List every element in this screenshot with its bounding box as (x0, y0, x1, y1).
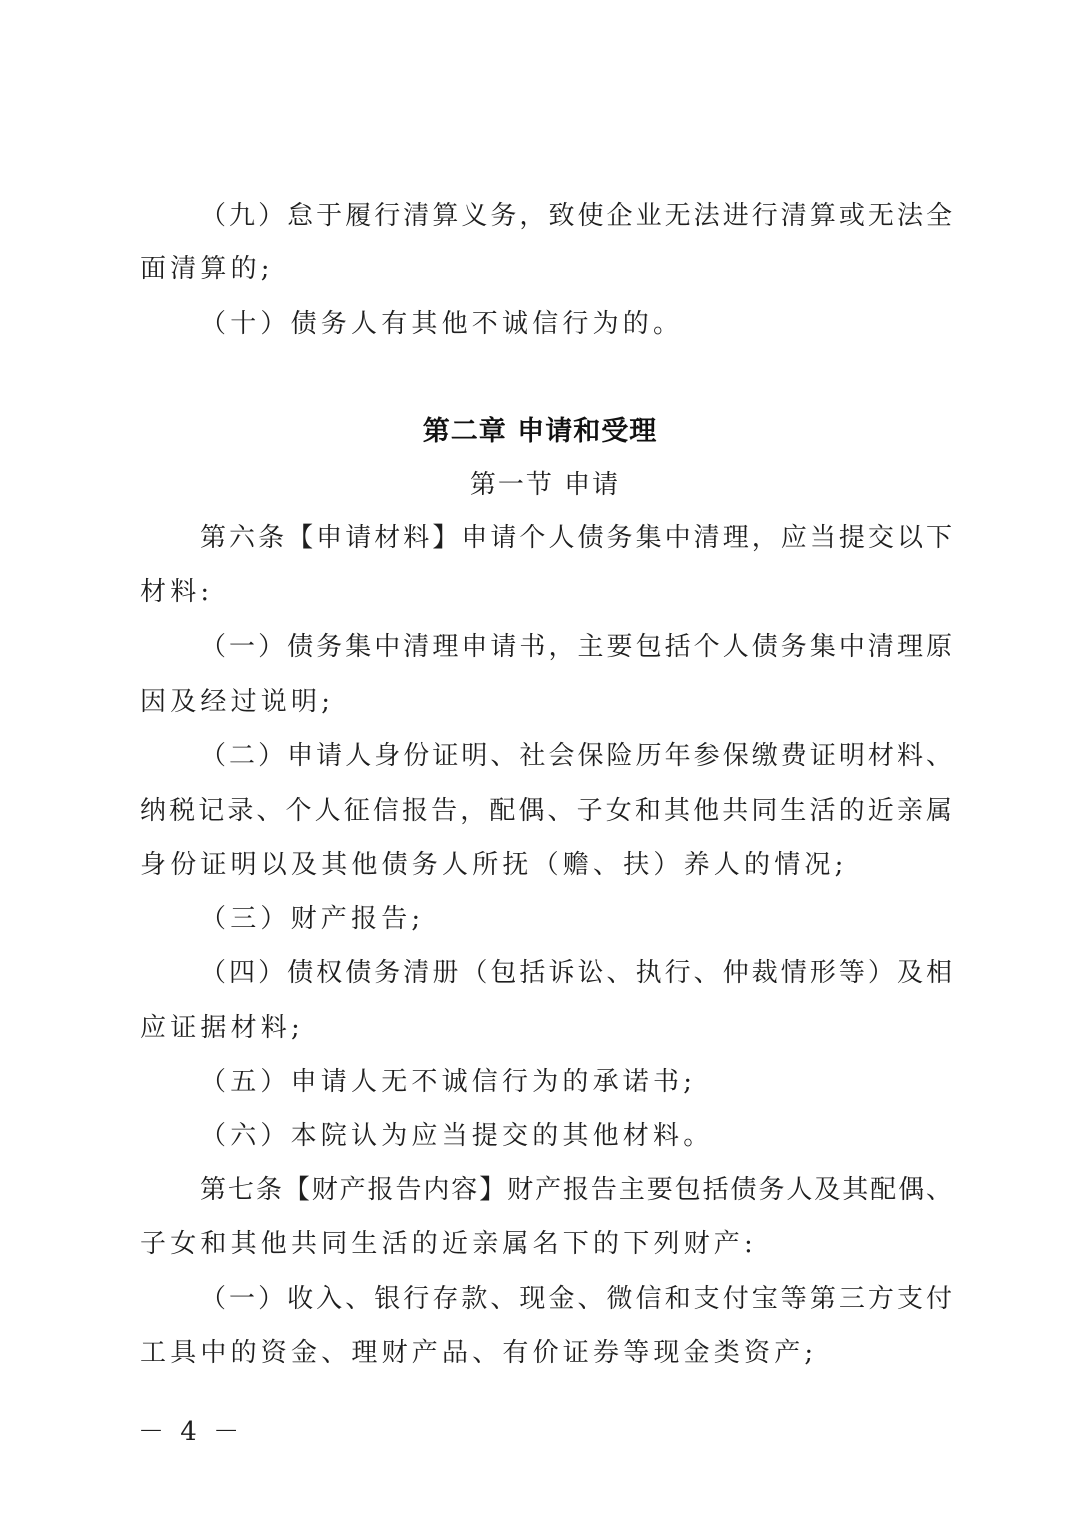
article-6-item-3: （三）财产报告; (200, 899, 952, 939)
paragraph-item-9-line-2: 面清算的; (140, 249, 952, 289)
article-6-item-2-line-2: 纳税记录、个人征信报告，配偶、子女和其他共同生活的近亲属 (140, 791, 952, 831)
article-6-line-1: 第六条【申请材料】申请个人债务集中清理，应当提交以下 (200, 518, 952, 558)
page-number: － 4 － (138, 1414, 243, 1450)
article-6-item-4-line-1: （四）债权债务清册（包括诉讼、执行、仲裁情形等）及相 (200, 953, 952, 993)
article-7-line-1: 第七条【财产报告内容】财产报告主要包括债务人及其配偶、 (200, 1170, 952, 1210)
article-6-item-1-line-1: （一）债务集中清理申请书，主要包括个人债务集中清理原 (200, 627, 952, 667)
article-6-item-1-line-2: 因及经过说明; (140, 682, 952, 722)
article-6-item-4-line-2: 应证据材料; (140, 1008, 952, 1048)
article-7-item-1-line-1: （一）收入、银行存款、现金、微信和支付宝等第三方支付 (200, 1279, 952, 1319)
article-6-item-5: （五）申请人无不诚信行为的承诺书; (200, 1062, 952, 1102)
article-7-line-2: 子女和其他共同生活的近亲属名下的下列财产: (140, 1224, 952, 1264)
article-6-item-6: （六）本院认为应当提交的其他材料。 (200, 1116, 952, 1156)
section-title: 第一节 申请 (0, 463, 1080, 507)
paragraph-item-9-line-1: （九）怠于履行清算义务，致使企业无法进行清算或无法全 (200, 196, 952, 236)
paragraph-item-10: （十）债务人有其他不诚信行为的。 (200, 304, 952, 344)
article-6-item-2-line-1: （二）申请人身份证明、社会保险历年参保缴费证明材料、 (200, 736, 952, 776)
document-page: （九）怠于履行清算义务，致使企业无法进行清算或无法全 面清算的; （十）债务人有… (0, 0, 1080, 1527)
article-6-line-2: 材料: (140, 572, 952, 612)
article-6-item-2-line-3: 身份证明以及其他债务人所抚（赡、扶）养人的情况; (140, 845, 952, 885)
article-7-item-1-line-2: 工具中的资金、理财产品、有价证券等现金类资产; (140, 1333, 952, 1373)
chapter-title: 第二章 申请和受理 (0, 410, 1080, 454)
